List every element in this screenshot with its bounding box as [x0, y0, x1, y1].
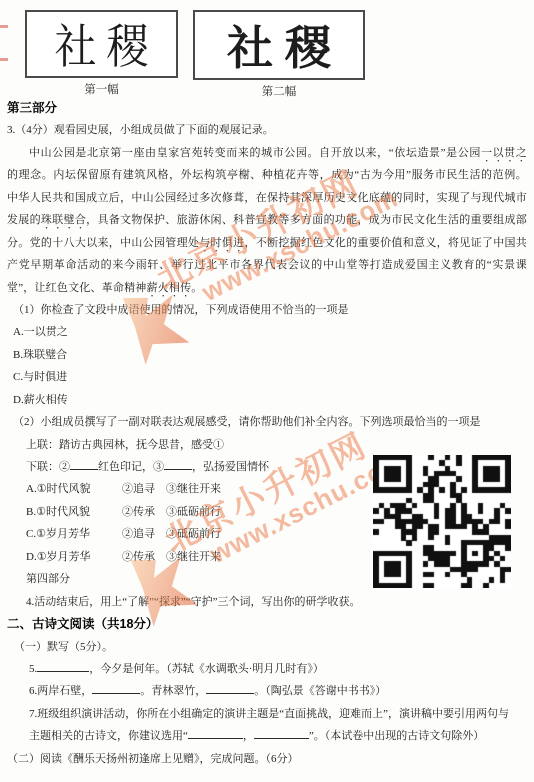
reading-passage: 中山公园是北京第一座由皇家宫苑转变而来的城市公园。自开放以来，“依坛造景”是公园… — [7, 142, 527, 299]
section-2-sub1: （一）默写（5分）。 — [14, 636, 527, 658]
passage-line: 发展的珠联璧合，具备文物保护、旅游休闲、科普宣教等多方面的功能，成为市民文化生活… — [7, 209, 527, 231]
seal-script-characters: 社稷 — [54, 10, 158, 77]
blank-underline — [37, 660, 89, 672]
couplet-upper-line: 上联：踏访古典园林，抚今思昔，感受① — [26, 434, 527, 456]
question-3-2-prompt: （2）小组成员撰写了一副对联表达观展感受，请你帮助他们补全内容。下列选项最恰当的… — [13, 411, 527, 433]
blank-underline — [188, 727, 243, 739]
passage-line: 产党早期革命活动的来今雨轩、举行过北平市各界代表会议的中山堂等打造成爱国主义教育… — [7, 254, 527, 276]
scan-artifact-mark — [0, 58, 8, 61]
option-item: D.薪火相传 — [13, 389, 527, 411]
question-4: 4.活动结束后，用上“了解”“探求”“守护”三个词，写出你的研学收获。 — [26, 591, 527, 613]
passage-line: 中华人民共和国成立后，中山公园经过多次修葺，在保持其深厚历史文化底蕴的同时，实现… — [7, 187, 527, 209]
figure-1: 社稷 第一幅 — [25, 10, 178, 97]
option-item: B.珠联璧合 — [13, 344, 527, 366]
calligraphy-figures: 社稷 第一幅 社稷 第二幅 — [0, 0, 534, 97]
option-item: C.与时俱进 — [13, 366, 527, 388]
option-item: A.一以贯之 — [13, 321, 527, 343]
question-3-1-options: A.一以贯之B.珠联璧合C.与时俱进D.薪火相传 — [7, 321, 527, 411]
clerical-script-characters: 社稷 — [227, 12, 343, 78]
scan-artifact-mark — [0, 25, 8, 28]
question-5: 5.，今夕是何年。（苏轼《水调歌头·明月几时有》） — [29, 658, 527, 680]
blank-underline — [206, 682, 254, 694]
figure-1-caption: 第一幅 — [84, 81, 119, 97]
section-2-heading: 二、古诗文阅读（共18分） — [7, 613, 527, 635]
question-7-line1: 7.班级组织演讲活动，你所在小组确定的演讲主题是“直面挑战，迎难而上”，演讲稿中… — [29, 703, 527, 725]
blank-underline — [254, 727, 309, 739]
blank-underline — [70, 458, 98, 470]
passage-line: 堂”，让红色文化、革命精神薪火相传。 — [7, 277, 527, 299]
question-3-1-prompt: （1）你检查了文段中成语使用的情况，下列成语使用不恰当的一项是 — [13, 299, 527, 321]
exam-content: 第三部分 3.（4分）观看园史展，小组成员做了下面的观展记录。 中山公园是北京第… — [0, 97, 534, 770]
figure-2: 社稷 第二幅 — [193, 10, 365, 97]
question-6: 6.两岸石壁，。青林翠竹，。（陶弘景《答谢中书书》） — [29, 680, 527, 702]
blank-underline — [92, 682, 140, 694]
passage-line: 的理念。内坛保留原有建筑风格，外坛构筑亭榭、种植花卉等，成为“古为今用”服务市民… — [7, 164, 527, 186]
calligraphy-frame-seal: 社稷 — [25, 10, 178, 78]
blank-underline — [164, 458, 192, 470]
passage-line: 分。党的十八大以来，中山公园管理处与时俱进，不断挖掘红色文化的重要价值和意义，将… — [7, 232, 527, 254]
passage-line: 中山公园是北京第一座由皇家宫苑转变而来的城市公园。自开放以来，“依坛造景”是公园… — [7, 142, 527, 164]
qr-code — [373, 455, 511, 588]
part3-heading: 第三部分 — [7, 97, 527, 119]
question-3-intro: 3.（4分）观看园史展，小组成员做了下面的观展记录。 — [7, 119, 527, 141]
section-2-sub2: （二）阅读《酬乐天扬州初逢席上见赠》，完成问题。（6分） — [7, 748, 527, 770]
exam-paper-page: 社稷 第一幅 社稷 第二幅 第三部分 3.（4分）观看园史展，小组成员做了下面的… — [0, 0, 534, 782]
question-7-line2: 主题相关的古诗文，你建议选用“，”。（本试卷中出现的古诗文句除外） — [29, 725, 527, 747]
calligraphy-frame-clerical: 社稷 — [193, 10, 365, 80]
